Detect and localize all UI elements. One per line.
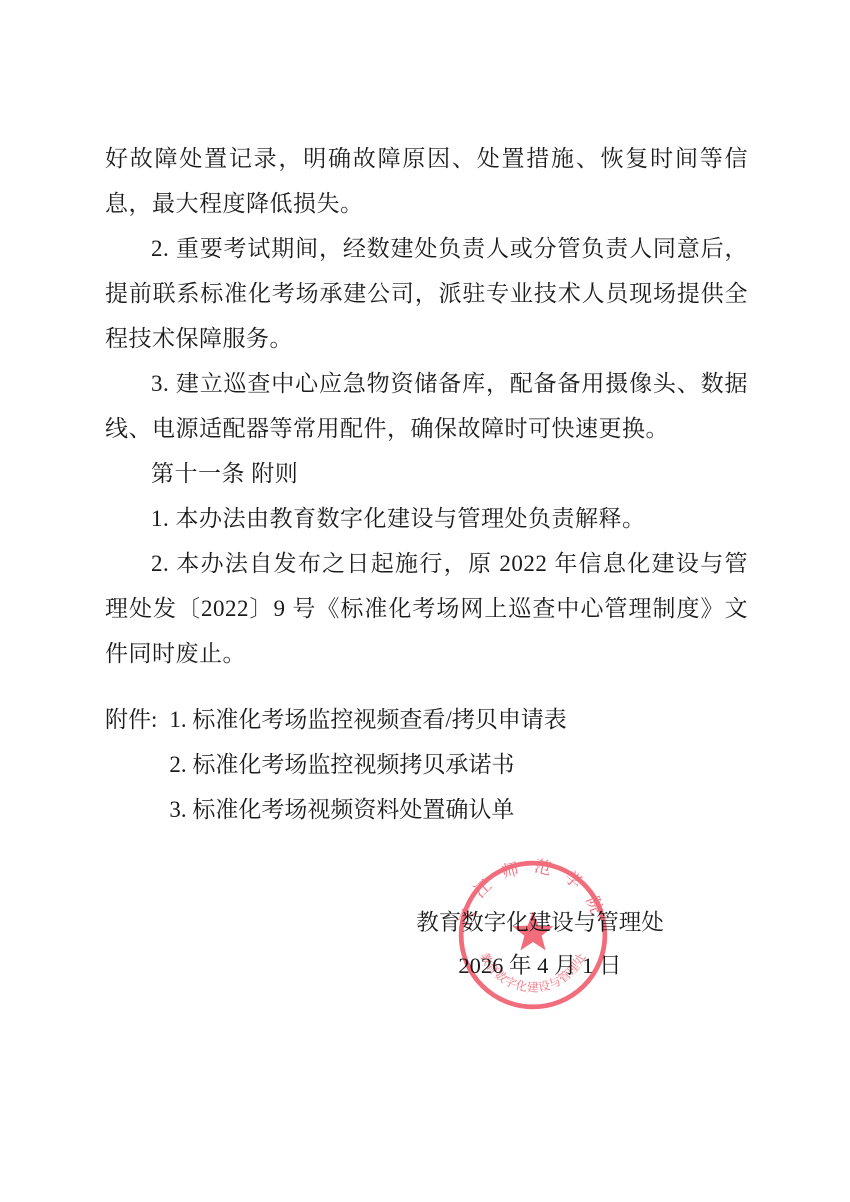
- attachment-item: 1. 标准化考场监控视频查看/拷贝申请表: [169, 697, 566, 742]
- paragraph: 3. 建立巡查中心应急物资储备库，配备备用摄像头、数据线、电源适配器等常用配件，…: [105, 361, 748, 451]
- paragraph: 2. 本办法自发布之日起施行，原 2022 年信息化建设与管理处发〔2022〕9…: [105, 541, 748, 676]
- body-text: 好故障处置记录，明确故障原因、处置措施、恢复时间等信息，最大程度降低损失。 2.…: [105, 136, 748, 676]
- document-page: 好故障处置记录，明确故障原因、处置措施、恢复时间等信息，最大程度降低损失。 2.…: [0, 0, 850, 1202]
- paragraph-article-heading: 第十一条 附则: [105, 451, 748, 496]
- attachment-item: 2. 标准化考场监控视频拷贝承诺书: [169, 742, 566, 787]
- paragraph: 1. 本办法由教育数字化建设与管理处负责解释。: [105, 496, 748, 541]
- paragraph: 好故障处置记录，明确故障原因、处置措施、恢复时间等信息，最大程度降低损失。: [105, 136, 748, 226]
- paragraph: 2. 重要考试期间，经数建处负责人或分管负责人同意后，提前联系标准化考场承建公司…: [105, 226, 748, 361]
- attachments-label: 附件:: [105, 697, 157, 742]
- signature-office: 教育数字化建设与管理处: [385, 901, 695, 944]
- attachment-item: 3. 标准化考场视频资料处置确认单: [169, 787, 566, 832]
- signature-block: 教育数字化建设与管理处 2026 年 4 月 1 日: [385, 901, 695, 987]
- attachments-list: 1. 标准化考场监控视频查看/拷贝申请表 2. 标准化考场监控视频拷贝承诺书 3…: [169, 697, 566, 832]
- attachments-block: 附件: 1. 标准化考场监控视频查看/拷贝申请表 2. 标准化考场监控视频拷贝承…: [105, 697, 567, 832]
- signature-date: 2026 年 4 月 1 日: [385, 944, 695, 987]
